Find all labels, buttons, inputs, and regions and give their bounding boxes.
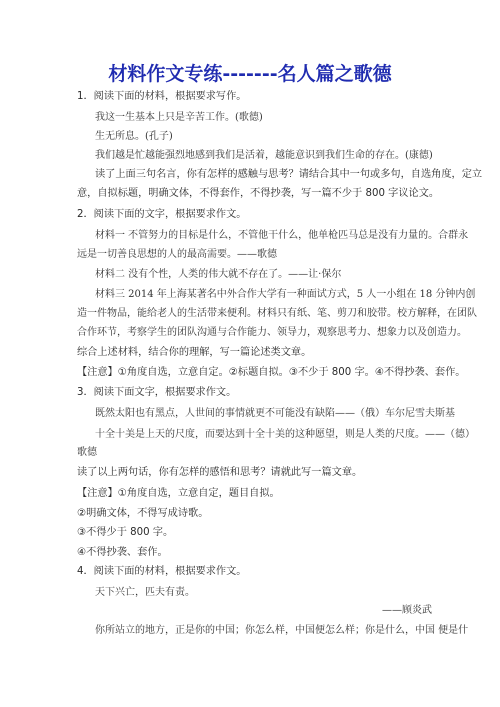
q3-note-2: ②明确文体，不得写成诗歌。 bbox=[77, 507, 208, 521]
q1-quote-kant: 我们越是忙越能强烈地感到我们是活着，越能意识到我们生命的存在。(康德) bbox=[95, 149, 433, 163]
q1-quote-confucius: 生无所息。(孔子) bbox=[95, 130, 173, 144]
q3-heading: 3．阅读下面文字，根据要求作文。 bbox=[77, 386, 236, 400]
q3-quote2-line1: 十全十美是上天的尺度，而要达到十全十美的这种愿望，则是人类的尺度。——（德） bbox=[95, 428, 475, 442]
q3-note-1: 【注意】①角度自选，立意自定，题目自拟。 bbox=[77, 487, 280, 501]
q1-prompt-line1: 读了上面三句名言，你有怎样的感触与思考？请结合其中一句或多句，自选角度，定立 bbox=[95, 168, 482, 182]
q2-material3-line1: 材料三 2014 年上海某著名中外合作大学有一种面试方式，5 人一小组在 18 … bbox=[95, 288, 475, 302]
q4-passage-line1: 你所站立的地方，正是你的中国；你怎么样，中国便怎么样；你是什么，中国 便是什 bbox=[95, 624, 468, 638]
q4-quote: 天下兴亡，匹夫有责。 bbox=[95, 586, 195, 600]
document-title: 材料作文专练-------名人篇之歌德 bbox=[0, 60, 500, 88]
document-page: 材料作文专练-------名人篇之歌德 1．阅读下面的材料，根据要求写作。 我这… bbox=[0, 0, 500, 707]
q3-quote2-line2: 歌德 bbox=[77, 446, 97, 460]
q3-quote1: 既然太阳也有黑点，人世间的事情就更不可能没有缺陷——（俄）车尔尼雪夫斯基 bbox=[95, 407, 455, 421]
q2-material1-line1: 材料一 不管努力的目标是什么，不管他干什么，他单枪匹马总是没有力量的。合群永 bbox=[95, 229, 468, 243]
q3-prompt: 读了以上两句话，你有怎样的感悟和思考？请就此写一篇文章。 bbox=[77, 466, 362, 480]
q2-material3-line3: 合作环节，考察学生的团队沟通与合作能力、领导力，观察思考力、想象力以及创造力。 bbox=[77, 326, 467, 340]
q1-heading: 1．阅读下面的材料，根据要求写作。 bbox=[77, 90, 246, 104]
q3-note-4: ④不得抄袭、套作。 bbox=[77, 546, 168, 560]
q2-material3-line2: 造一件物品，能给老人的生活带来便利。材料只有纸、笔、剪刀和胶带。校方解释，在团队 bbox=[77, 307, 477, 321]
q2-note: 【注意】①角度自选，立意自定。②标题自拟。③不少于 800 字。④不得抄袭、套作… bbox=[77, 366, 465, 380]
q1-quote-goethe: 我这一生基本上只是辛苦工作。(歌德) bbox=[95, 111, 263, 125]
q1-prompt-line2: 意，自拟标题，明确文体，不得套作，不得抄袭，写一篇不少于 800 字议论文。 bbox=[77, 187, 439, 201]
q2-heading: 2．阅读下面的文字，根据要求作文。 bbox=[77, 208, 246, 222]
q4-attribution: ——顾炎武 bbox=[382, 604, 432, 618]
q2-material2: 材料二 没有个性，人类的伟大就不存在了。——让·保尔 bbox=[95, 268, 341, 282]
q2-material1-line2: 远是一切善良思想的人的最高需要。——歌德 bbox=[77, 248, 277, 262]
q2-summary: 综合上述材料，结合你的理解，写一篇论述类文章。 bbox=[77, 346, 311, 360]
q4-heading: 4．阅读下面的材料，根据要求作文。 bbox=[77, 565, 246, 579]
q3-note-3: ③不得少于 800 字。 bbox=[77, 526, 173, 540]
